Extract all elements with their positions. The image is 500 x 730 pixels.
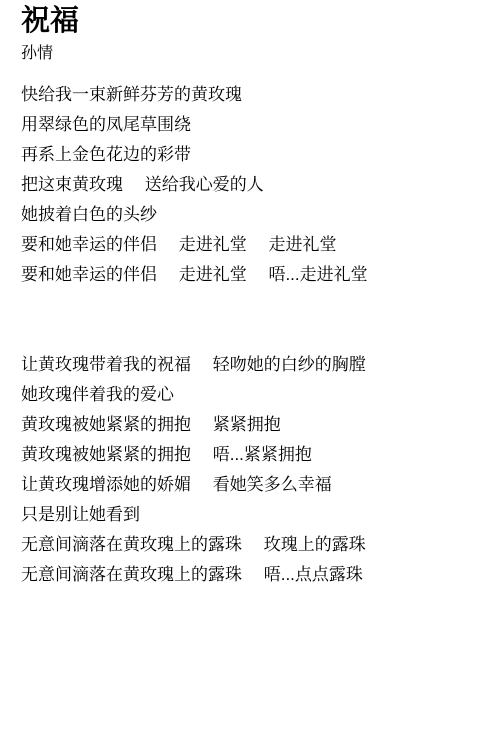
verse-2: 让黄玫瑰带着我的祝福 轻吻她的白纱的胸膛 她玫瑰伴着我的爱心 黄玫瑰被她紧紧的拥…	[21, 350, 480, 590]
lyrics-body: 快给我一束新鲜芬芳的黄玫瑰 用翠绿色的凤尾草围绕 再系上金色花边的彩带 把这束黄…	[21, 80, 480, 590]
verse-1: 快给我一束新鲜芬芳的黄玫瑰 用翠绿色的凤尾草围绕 再系上金色花边的彩带 把这束黄…	[21, 80, 480, 290]
lyric-line: 黄玫瑰被她紧紧的拥抱 唔...紧紧拥抱	[21, 440, 480, 470]
lyric-line: 快给我一束新鲜芬芳的黄玫瑰	[21, 80, 480, 110]
lyric-line: 让黄玫瑰增添她的娇媚 看她笑多么幸福	[21, 470, 480, 500]
lyric-line: 无意间滴落在黄玫瑰上的露珠 唔...点点露珠	[21, 560, 480, 590]
lyric-line: 她玫瑰伴着我的爱心	[21, 380, 480, 410]
lyric-line: 用翠绿色的凤尾草围绕	[21, 110, 480, 140]
lyric-line: 让黄玫瑰带着我的祝福 轻吻她的白纱的胸膛	[21, 350, 480, 380]
lyric-line: 要和她幸运的伴侣 走进礼堂 走进礼堂	[21, 230, 480, 260]
lyric-line: 要和她幸运的伴侣 走进礼堂 唔...走进礼堂	[21, 260, 480, 290]
lyric-line: 无意间滴落在黄玫瑰上的露珠 玫瑰上的露珠	[21, 530, 480, 560]
lyrics-page: 祝福 孙情 快给我一束新鲜芬芳的黄玫瑰 用翠绿色的凤尾草围绕 再系上金色花边的彩…	[0, 0, 500, 730]
artist-name: 孙情	[21, 44, 480, 64]
lyric-line: 黄玫瑰被她紧紧的拥抱 紧紧拥抱	[21, 410, 480, 440]
lyric-line: 把这束黄玫瑰 送给我心爱的人	[21, 170, 480, 200]
lyric-line: 只是别让她看到	[21, 500, 480, 530]
lyric-line: 她披着白色的头纱	[21, 200, 480, 230]
song-title: 祝福	[21, 4, 480, 38]
lyric-line: 再系上金色花边的彩带	[21, 140, 480, 170]
